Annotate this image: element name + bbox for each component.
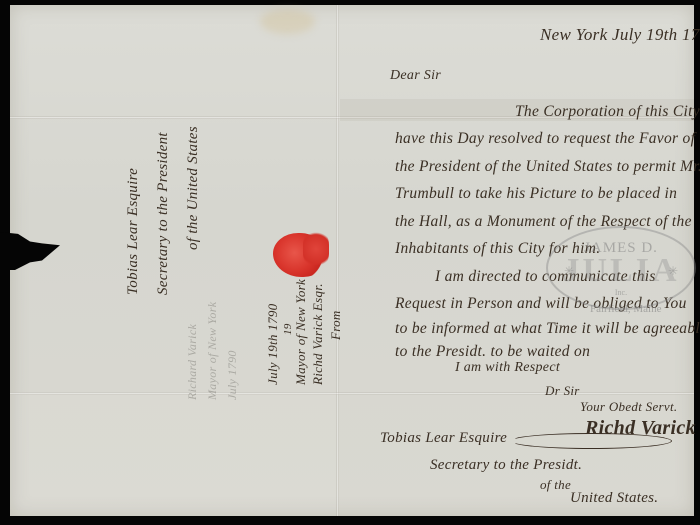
wax-seal bbox=[273, 233, 327, 277]
sender-name: Richd Varick Esqr. bbox=[310, 283, 326, 385]
letter-address-line-3: of the bbox=[540, 477, 571, 493]
cover-address-line-3: of the United States bbox=[185, 126, 202, 250]
faint-docket-line-1: Richard Varick bbox=[185, 324, 200, 400]
faint-docket-line-2: Mayor of New York bbox=[205, 302, 220, 400]
letter-closing-sir: Dr Sir bbox=[545, 383, 580, 399]
paper-stain bbox=[260, 9, 315, 34]
vertical-fold bbox=[336, 5, 339, 516]
watermark-star-icon: ✳ bbox=[668, 264, 678, 279]
letter-closing-servant: Your Obedt Servt. bbox=[580, 399, 677, 415]
letter-body-line: Trumbull to take his Picture to be place… bbox=[395, 185, 677, 203]
sender-date: July 19th 1790 bbox=[265, 304, 281, 385]
letter-address-line-2: Secretary to the Presidt. bbox=[430, 457, 582, 474]
lower-flap bbox=[10, 392, 336, 516]
letter-body-line: the President of the United States to pe… bbox=[395, 158, 700, 176]
cover-address-line-1: Tobias Lear Esquire bbox=[125, 168, 142, 295]
sender-title: Mayor of New York bbox=[293, 279, 309, 385]
sender-from: From bbox=[328, 310, 344, 340]
letter-body-line: to be informed at what Time it will be a… bbox=[395, 320, 700, 338]
letter-salutation: Dear Sir bbox=[390, 68, 441, 84]
letter-closing: I am with Respect bbox=[455, 360, 560, 376]
cover-address-line-2: Secretary to the President bbox=[155, 132, 172, 295]
letter-body-line: have this Day resolved to request the Fa… bbox=[395, 130, 695, 148]
watermark-sub-text: Inc. bbox=[548, 288, 694, 297]
letter-address-line-1: Tobias Lear Esquire bbox=[380, 430, 507, 447]
auction-watermark: JAMES D. JULIA ✳ ✳ Inc. bbox=[546, 226, 696, 310]
letter-body-line: to the Presidt. to be waited on bbox=[395, 343, 590, 361]
watermark-star-icon: ✳ bbox=[564, 264, 574, 279]
signature-flourish bbox=[510, 433, 672, 449]
watermark-location: Fairfield, Maine bbox=[590, 303, 661, 315]
letter-address-line-4: United States. bbox=[570, 490, 658, 507]
letter-body-line: The Corporation of this City bbox=[515, 103, 700, 121]
letter-dateline: New York July 19th 1790. bbox=[540, 25, 700, 45]
faint-docket-line-3: July 1790 bbox=[225, 350, 240, 400]
